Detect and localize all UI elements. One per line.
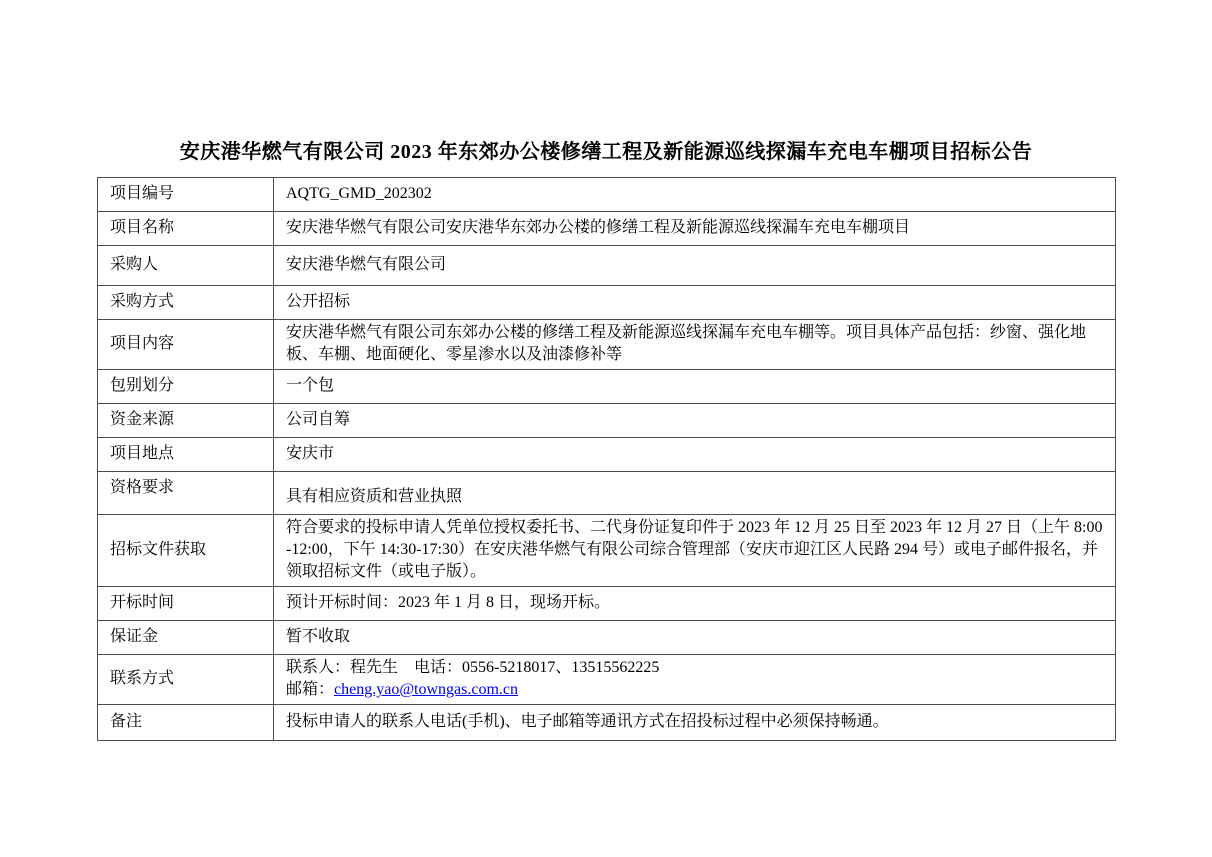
cell-line: AQTG_GMD_202302: [286, 183, 1105, 205]
row-value: 投标申请人的联系人电话(手机)、电子邮箱等通讯方式在招投标过程中必须保持畅通。: [274, 705, 1116, 741]
cell-text: 安庆港华燃气有限公司: [286, 256, 446, 273]
cell-text: 符合要求的投标申请人凭单位授权委托书、二代身份证复印件于 2023 年 12 月…: [286, 519, 1102, 580]
cell-text: 暂不收取: [286, 628, 350, 645]
cell-text: 一个包: [286, 377, 334, 394]
cell-text: 安庆市: [286, 445, 334, 462]
cell-line: 具有相应资质和营业执照: [286, 486, 1105, 508]
row-value: 具有相应资质和营业执照: [274, 472, 1116, 515]
cell-text: 具有相应资质和营业执照: [286, 488, 462, 505]
row-label: 项目内容: [98, 320, 274, 370]
table-row: 项目编号AQTG_GMD_202302: [98, 178, 1116, 212]
email-link[interactable]: cheng.yao@towngas.com.cn: [334, 681, 518, 698]
row-value: 符合要求的投标申请人凭单位授权委托书、二代身份证复印件于 2023 年 12 月…: [274, 515, 1116, 587]
row-label: 备注: [98, 705, 274, 741]
cell-line: 符合要求的投标申请人凭单位授权委托书、二代身份证复印件于 2023 年 12 月…: [286, 517, 1105, 583]
row-value: 公司自筹: [274, 404, 1116, 438]
cell-line: 安庆港华燃气有限公司安庆港华东郊办公楼的修缮工程及新能源巡线探漏车充电车棚项目: [286, 217, 1105, 239]
table-row: 项目内容安庆港华燃气有限公司东郊办公楼的修缮工程及新能源巡线探漏车充电车棚等。项…: [98, 320, 1116, 370]
cell-text: 公司自筹: [286, 411, 350, 428]
row-label: 包别划分: [98, 370, 274, 404]
row-value: 一个包: [274, 370, 1116, 404]
cell-text: 安庆港华燃气有限公司安庆港华东郊办公楼的修缮工程及新能源巡线探漏车充电车棚项目: [286, 219, 910, 236]
cell-text: AQTG_GMD_202302: [286, 185, 432, 202]
row-value: 公开招标: [274, 286, 1116, 320]
table-row: 采购人安庆港华燃气有限公司: [98, 246, 1116, 286]
document-page: 安庆港华燃气有限公司 2023 年东郊办公楼修缮工程及新能源巡线探漏车充电车棚项…: [0, 0, 1212, 857]
row-label: 采购方式: [98, 286, 274, 320]
row-label: 联系方式: [98, 655, 274, 705]
table-row: 保证金暂不收取: [98, 621, 1116, 655]
table-row: 开标时间预计开标时间：2023 年 1 月 8 日，现场开标。: [98, 587, 1116, 621]
cell-text: 公开招标: [286, 293, 350, 310]
row-label: 采购人: [98, 246, 274, 286]
cell-line: 暂不收取: [286, 626, 1105, 648]
row-label: 资金来源: [98, 404, 274, 438]
cell-text: 联系人：程先生 电话：0556-5218017、13515562225: [286, 659, 659, 676]
cell-text: 预计开标时间：2023 年 1 月 8 日，现场开标。: [286, 594, 610, 611]
table-row: 采购方式公开招标: [98, 286, 1116, 320]
cell-line: 安庆港华燃气有限公司东郊办公楼的修缮工程及新能源巡线探漏车充电车棚等。项目具体产…: [286, 322, 1105, 366]
table-row: 联系方式联系人：程先生 电话：0556-5218017、13515562225邮…: [98, 655, 1116, 705]
row-label: 开标时间: [98, 587, 274, 621]
cell-text: 投标申请人的联系人电话(手机)、电子邮箱等通讯方式在招投标过程中必须保持畅通。: [286, 713, 889, 730]
table-row: 项目名称安庆港华燃气有限公司安庆港华东郊办公楼的修缮工程及新能源巡线探漏车充电车…: [98, 212, 1116, 246]
cell-line: 公司自筹: [286, 409, 1105, 431]
cell-text: 安庆港华燃气有限公司东郊办公楼的修缮工程及新能源巡线探漏车充电车棚等。项目具体产…: [286, 324, 1086, 363]
table-row: 资格要求具有相应资质和营业执照: [98, 472, 1116, 515]
table-row: 包别划分一个包: [98, 370, 1116, 404]
row-label: 招标文件获取: [98, 515, 274, 587]
document-title: 安庆港华燃气有限公司 2023 年东郊办公楼修缮工程及新能源巡线探漏车充电车棚项…: [97, 139, 1115, 165]
cell-line: 预计开标时间：2023 年 1 月 8 日，现场开标。: [286, 592, 1105, 614]
row-label: 保证金: [98, 621, 274, 655]
cell-text: 邮箱：: [286, 681, 334, 698]
table-row: 项目地点安庆市: [98, 438, 1116, 472]
cell-line: 安庆市: [286, 443, 1105, 465]
cell-line: 公开招标: [286, 291, 1105, 313]
row-value: 安庆港华燃气有限公司: [274, 246, 1116, 286]
row-label: 项目地点: [98, 438, 274, 472]
table-row: 招标文件获取符合要求的投标申请人凭单位授权委托书、二代身份证复印件于 2023 …: [98, 515, 1116, 587]
row-value: 安庆港华燃气有限公司东郊办公楼的修缮工程及新能源巡线探漏车充电车棚等。项目具体产…: [274, 320, 1116, 370]
row-value: 安庆市: [274, 438, 1116, 472]
row-value: 预计开标时间：2023 年 1 月 8 日，现场开标。: [274, 587, 1116, 621]
cell-line: 安庆港华燃气有限公司: [286, 254, 1105, 276]
row-value: 联系人：程先生 电话：0556-5218017、13515562225邮箱：ch…: [274, 655, 1116, 705]
tender-announcement: 安庆港华燃气有限公司 2023 年东郊办公楼修缮工程及新能源巡线探漏车充电车棚项…: [97, 139, 1115, 741]
cell-line: 一个包: [286, 375, 1105, 397]
cell-line: 邮箱：cheng.yao@towngas.com.cn: [286, 679, 1105, 701]
tender-table-body: 项目编号AQTG_GMD_202302项目名称安庆港华燃气有限公司安庆港华东郊办…: [98, 178, 1116, 741]
table-row: 资金来源公司自筹: [98, 404, 1116, 438]
row-value: 安庆港华燃气有限公司安庆港华东郊办公楼的修缮工程及新能源巡线探漏车充电车棚项目: [274, 212, 1116, 246]
row-label: 资格要求: [98, 472, 274, 515]
row-label: 项目编号: [98, 178, 274, 212]
cell-line: 投标申请人的联系人电话(手机)、电子邮箱等通讯方式在招投标过程中必须保持畅通。: [286, 711, 1105, 733]
row-value: 暂不收取: [274, 621, 1116, 655]
row-label: 项目名称: [98, 212, 274, 246]
row-value: AQTG_GMD_202302: [274, 178, 1116, 212]
cell-line: 联系人：程先生 电话：0556-5218017、13515562225: [286, 657, 1105, 679]
tender-info-table: 项目编号AQTG_GMD_202302项目名称安庆港华燃气有限公司安庆港华东郊办…: [97, 177, 1116, 741]
table-row: 备注投标申请人的联系人电话(手机)、电子邮箱等通讯方式在招投标过程中必须保持畅通…: [98, 705, 1116, 741]
